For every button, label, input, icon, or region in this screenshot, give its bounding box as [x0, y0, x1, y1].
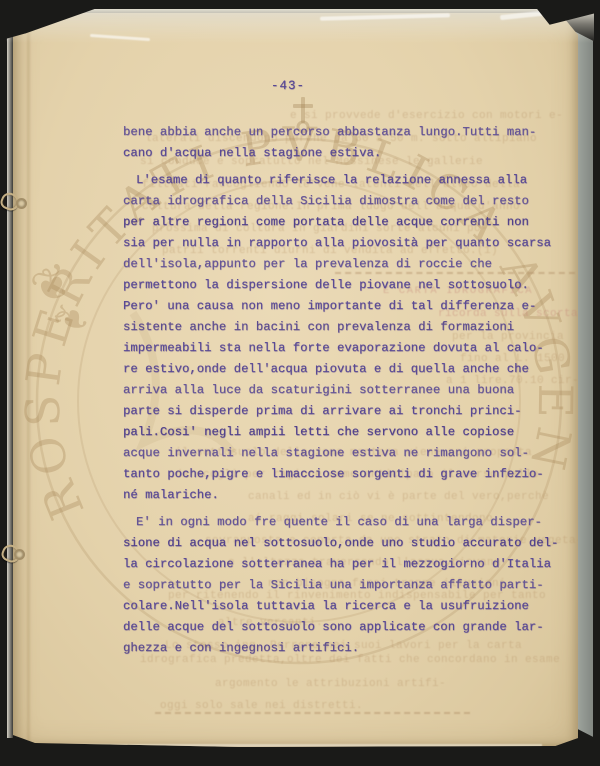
- typescript-line: re estivo,onde dell'acqua piovuta e di q…: [123, 359, 575, 380]
- typescript-line: cano d'acqua nella stagione estiva.: [123, 143, 575, 164]
- typescript-line: bene abbia anche un percorso abbastanza …: [123, 122, 575, 143]
- typescript-line: Pero' una causa non meno importante di t…: [123, 296, 575, 317]
- typescript-line: L'esame di quanto riferisce la relazione…: [123, 170, 575, 191]
- typescript-line: parte si disperde prima di arrivare ai t…: [123, 401, 575, 422]
- typescript-line: delle acque del sottosuolo sono applicat…: [123, 617, 575, 638]
- typescript-line: sione di acqua nel sottosuolo,onde uno s…: [123, 533, 575, 554]
- bleedthrough-text: argomento le attribuzioni artifi-: [215, 678, 446, 690]
- document-sheet: ROSPERITATI PVBLICA AVGEN ❦ ❧ e si provv…: [13, 13, 578, 747]
- typescript-line: colare.Nell'isola tuttavia la ricerca e …: [123, 596, 575, 617]
- typescript-line: né malariche.: [123, 485, 575, 506]
- typescript-line: sistente anche in bacini con prevalenza …: [123, 317, 575, 338]
- typescript-line: arriva alla luce da scaturigini sotterra…: [123, 380, 575, 401]
- typescript-line: tanto poche,pigre e limacciose sorgenti …: [123, 464, 575, 485]
- typescript-line: impermeabili sta nella forte evaporazion…: [123, 338, 575, 359]
- typescript-line: permettono la dispersione delle piovane …: [123, 275, 575, 296]
- page-number: -43-: [271, 79, 305, 93]
- typescript-line: carta idrografica della Sicilia dimostra…: [123, 191, 575, 212]
- typescript-line: pali.Cosi' negli ampii letti che servono…: [123, 422, 575, 443]
- typescript-line: acque invernali nella stagione estiva ne…: [123, 443, 575, 464]
- typescript-text-block: bene abbia anche un percorso abbastanza …: [123, 122, 575, 659]
- typescript-line: dell'isola,appunto per la prevalenza di …: [123, 254, 575, 275]
- punch-hole: [16, 198, 27, 209]
- bleedthrough-text: oggi solo sale nei distretti.: [160, 700, 363, 712]
- bleedthrough-dashed-rule: [155, 712, 470, 714]
- punch-hole: [14, 549, 25, 560]
- typescript-line: sia per nulla in rapporto alla piovosità…: [123, 233, 575, 254]
- typescript-line: per altre regioni come portata delle acq…: [123, 212, 575, 233]
- bleedthrough-text: e si provvede d'esercizio con motori e-: [290, 110, 563, 122]
- typescript-line: ghezza e con ingegnosi artifici.: [123, 638, 575, 659]
- plastic-sleeve-left-edge: [7, 26, 13, 738]
- typescript-line: la circolazione sotterranea ha per il me…: [123, 554, 575, 575]
- typescript-line: E' in ogni modo fre quente il caso di un…: [123, 512, 575, 533]
- typescript-line: e sopratutto per la Sicilia una importan…: [123, 575, 575, 596]
- scanned-page-background: ROSPERITATI PVBLICA AVGEN ❦ ❧ e si provv…: [0, 0, 600, 766]
